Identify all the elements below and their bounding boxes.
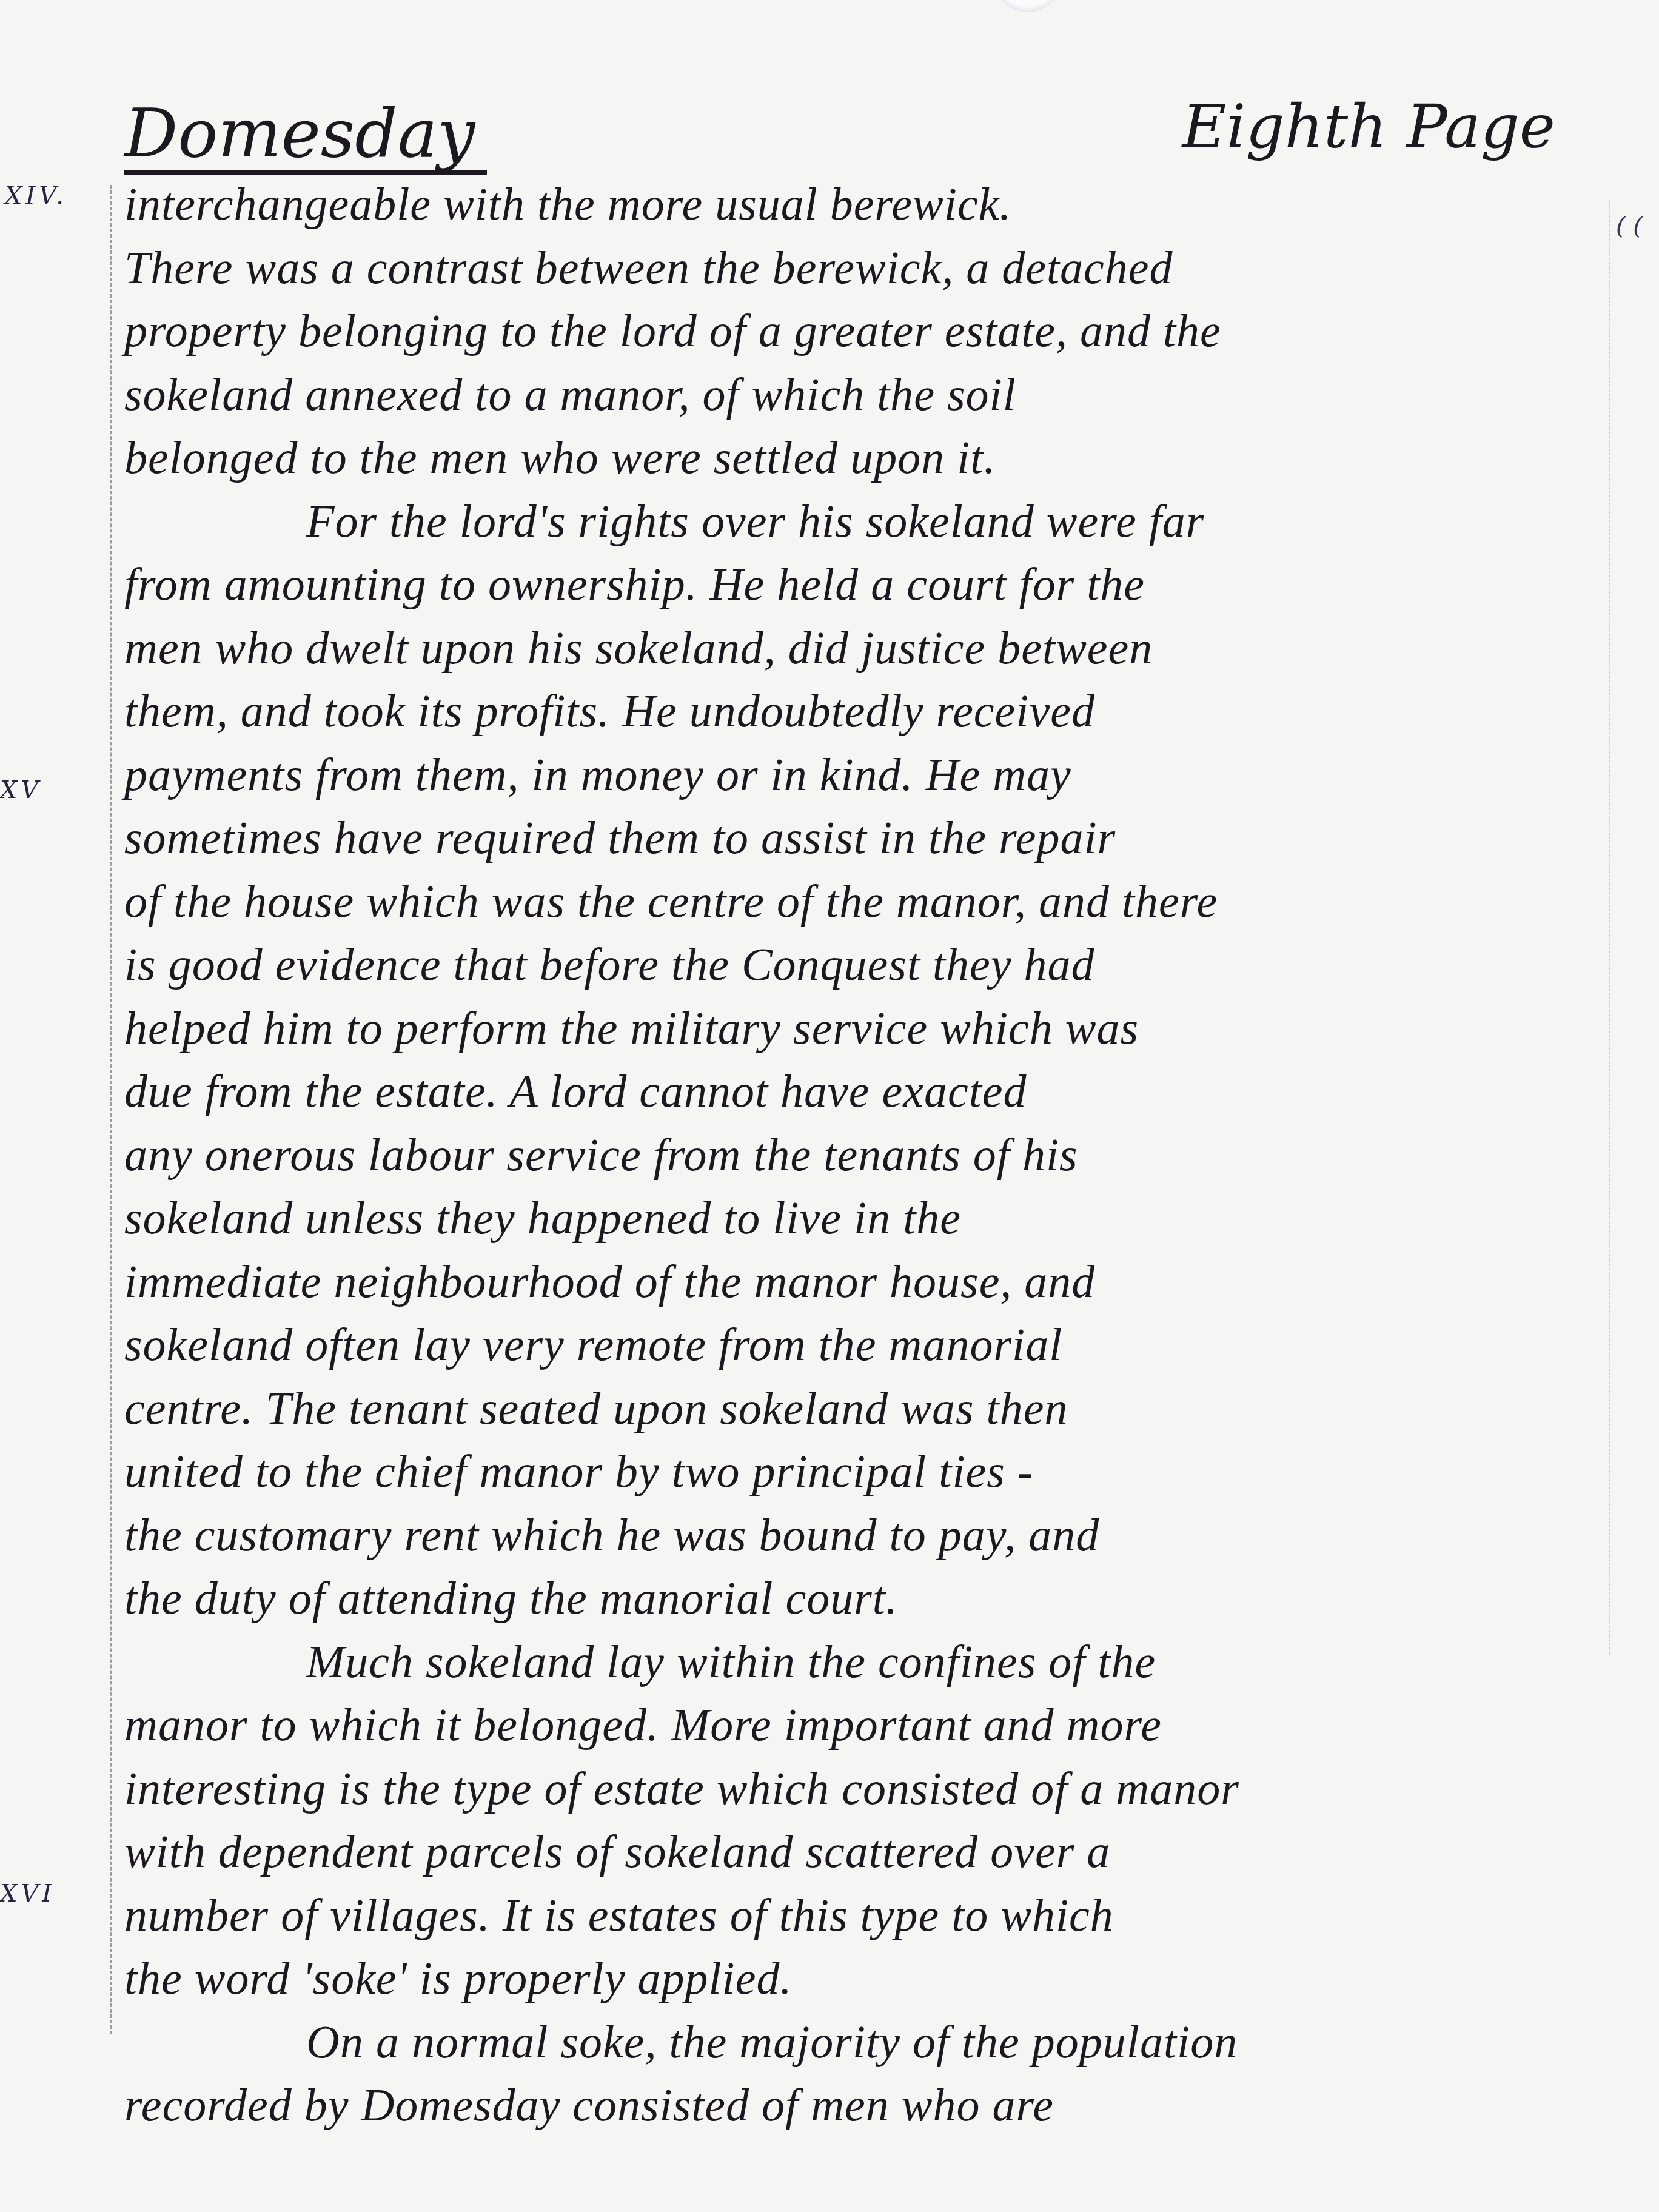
text-line: interesting is the type of estate which …	[124, 1757, 1592, 1821]
text-line: from amounting to ownership. He held a c…	[124, 553, 1592, 617]
text-line: immediate neighbourhood of the manor hou…	[124, 1250, 1592, 1314]
text-line: recorded by Domesday consisted of men wh…	[124, 2074, 1592, 2137]
text-line: manor to which it belonged. More importa…	[124, 1694, 1592, 1757]
text-line: any onerous labour service from the tena…	[124, 1124, 1592, 1187]
text-line: sokeland often lay very remote from the …	[124, 1313, 1592, 1377]
text-line: is good evidence that before the Conques…	[124, 933, 1592, 997]
right-edge-rule	[1609, 200, 1610, 1655]
page-header: Domesday Eighth Page	[124, 91, 1555, 182]
margin-rule	[110, 185, 112, 2034]
text-line: the duty of attending the manorial court…	[124, 1567, 1592, 1631]
text-line: sokeland unless they happened to live in…	[124, 1187, 1592, 1250]
text-line: sokeland annexed to a manor, of which th…	[124, 363, 1592, 427]
text-line: the word 'soke' is properly applied.	[124, 1947, 1592, 2011]
document-title: Domesday	[124, 97, 487, 175]
text-line: them, and took its profits. He undoubted…	[124, 680, 1592, 743]
text-line: the customary rent which he was bound to…	[124, 1504, 1592, 1567]
text-line: There was a contrast between the berewic…	[124, 236, 1592, 300]
text-line: helped him to perform the military servi…	[124, 997, 1592, 1061]
page-number-label: Eighth Page	[1182, 91, 1555, 162]
text-line: sometimes have required them to assist i…	[124, 806, 1592, 870]
text-line: with dependent parcels of sokeland scatt…	[124, 1820, 1592, 1884]
text-line: payments from them, in money or in kind.…	[124, 743, 1592, 807]
text-line: of the house which was the centre of the…	[124, 870, 1592, 934]
text-line: number of villages. It is estates of thi…	[124, 1884, 1592, 1948]
punch-hole	[994, 0, 1061, 12]
text-line: belonged to the men who were settled upo…	[124, 426, 1592, 490]
text-line: Much sokeland lay within the confines of…	[124, 1631, 1592, 1694]
text-line: centre. The tenant seated upon sokeland …	[124, 1377, 1592, 1441]
text-line: For the lord's rights over his sokeland …	[124, 490, 1592, 554]
text-line: interchangeable with the more usual bere…	[124, 173, 1592, 236]
manuscript-page: XIV. XV XVI ( ( Domesday Eighth Page int…	[0, 0, 1659, 2212]
margin-note-xvi: XVI	[0, 1880, 55, 1908]
handwritten-body: interchangeable with the more usual bere…	[124, 173, 1592, 2137]
text-line: property belonging to the lord of a grea…	[124, 300, 1592, 363]
margin-note-xiv: XIV.	[5, 182, 67, 210]
margin-note-xv: XV	[0, 776, 42, 804]
text-line: men who dwelt upon his sokeland, did jus…	[124, 617, 1592, 680]
text-line: united to the chief manor by two princip…	[124, 1440, 1592, 1504]
text-line: On a normal soke, the majority of the po…	[124, 2011, 1592, 2074]
text-line: due from the estate. A lord cannot have …	[124, 1060, 1592, 1124]
right-margin-mark: ( (	[1616, 212, 1643, 240]
